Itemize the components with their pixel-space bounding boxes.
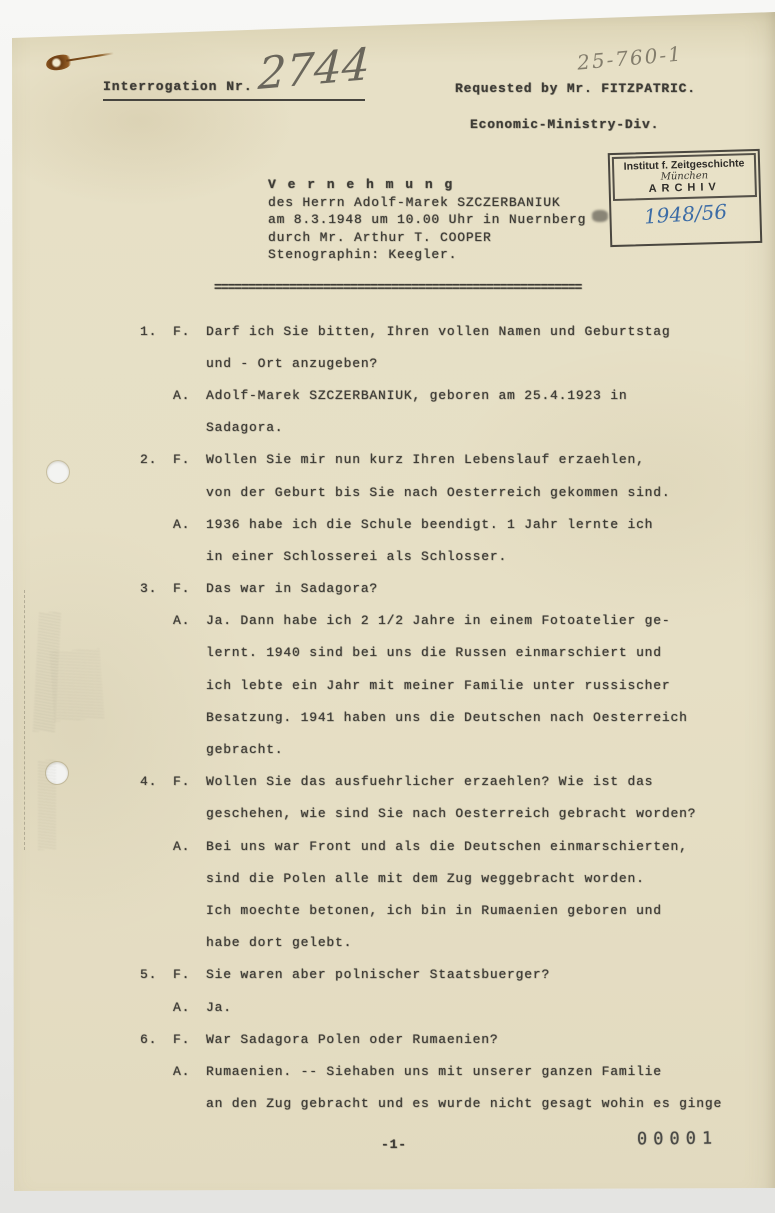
transcript-line: A.Adolf-Marek SZCZERBANIUK, geboren am 2… xyxy=(140,379,760,411)
transcript-text: Ja. Dann habe ich 2 1/2 Jahre in einem F… xyxy=(206,614,760,627)
question-number: 1. xyxy=(140,325,173,338)
rust-stain xyxy=(45,54,72,72)
question-number: 6. xyxy=(140,1033,173,1046)
transcript-text: geschehen, wie sind Sie nach Oesterreich… xyxy=(206,807,760,820)
transcript-text: sind die Polen alle mit dem Zug weggebra… xyxy=(206,872,760,885)
transcript-text: Adolf-Marek SZCZERBANIUK, geboren am 25.… xyxy=(206,389,760,402)
transcript-line: 2.F.Wollen Sie mir nun kurz Ihren Lebens… xyxy=(140,444,760,476)
punch-hole-top xyxy=(47,461,69,483)
question-number: 3. xyxy=(140,582,173,595)
transcript-text: Ich moechte betonen, ich bin in Rumaenie… xyxy=(206,904,760,917)
page-number: -1- xyxy=(381,1138,407,1151)
transcript-text: War Sadagora Polen oder Rumaenien? xyxy=(206,1033,760,1046)
transcript-line: in einer Schlosserei als Schlosser. xyxy=(140,540,760,572)
transcript-text: an den Zug gebracht und es wurde nicht g… xyxy=(206,1097,760,1110)
speaker-marker: F. xyxy=(173,582,206,595)
transcript-line: Besatzung. 1941 haben uns die Deutschen … xyxy=(140,701,760,733)
transcript-text: Wollen Sie das ausfuehrlicher erzaehlen?… xyxy=(206,775,760,788)
scanned-document: 25-760-1 Interrogation Nr. 2744 Requeste… xyxy=(0,0,775,1213)
transcript-line: und - Ort anzugeben? xyxy=(140,347,760,379)
hearing-stenographer: Stenographin: Keegler. xyxy=(268,248,586,261)
requested-by-line: Requested by Mr. FITZPATRIC. xyxy=(455,82,696,95)
transcript-line: A.Bei uns war Front und als die Deutsche… xyxy=(140,830,760,862)
speaker-marker: F. xyxy=(173,453,206,466)
transcript-line: 4.F.Wollen Sie das ausfuehrlicher erzaeh… xyxy=(140,766,760,798)
transcript-text: Bei uns war Front und als die Deutschen … xyxy=(206,840,760,853)
archive-stamp: Institut f. Zeitgeschichte München ARCHI… xyxy=(608,149,763,247)
transcript-line: von der Geburt bis Sie nach Oesterreich … xyxy=(140,476,760,508)
question-number: 5. xyxy=(140,968,173,981)
transcript-text: Das war in Sadagora? xyxy=(206,582,760,595)
rust-stain-line xyxy=(66,52,114,61)
speaker-marker: A. xyxy=(173,1001,206,1014)
transcript-text: Wollen Sie mir nun kurz Ihren Lebenslauf… xyxy=(206,453,760,466)
transcript-text: in einer Schlosserei als Schlosser. xyxy=(206,550,760,563)
transcript-line: 1.F.Darf ich Sie bitten, Ihren vollen Na… xyxy=(140,315,760,347)
speaker-marker: F. xyxy=(173,325,206,338)
transcript-line: ich lebte ein Jahr mit meiner Familie un… xyxy=(140,669,760,701)
transcript-text: gebracht. xyxy=(206,743,760,756)
archive-stamp-box: Institut f. Zeitgeschichte München ARCHI… xyxy=(612,153,757,201)
speaker-marker: A. xyxy=(173,1065,206,1078)
speaker-marker: F. xyxy=(173,968,206,981)
transcript-text: Sadagora. xyxy=(206,421,760,434)
transcript-line: gebracht. xyxy=(140,733,760,765)
transcript-text: 1936 habe ich die Schule beendigt. 1 Jah… xyxy=(206,518,760,531)
transcript-line: geschehen, wie sind Sie nach Oesterreich… xyxy=(140,798,760,830)
hearing-datetime: am 8.3.1948 um 10.00 Uhr in Nuernberg xyxy=(268,213,586,226)
speaker-marker: F. xyxy=(173,1033,206,1046)
paper-sheet: 25-760-1 Interrogation Nr. 2744 Requeste… xyxy=(0,0,775,1213)
speaker-marker: A. xyxy=(173,614,206,627)
transcript-line: A.1936 habe ich die Schule beendigt. 1 J… xyxy=(140,508,760,540)
speaker-marker: A. xyxy=(173,389,206,402)
question-number: 4. xyxy=(140,775,173,788)
transcript-line: lernt. 1940 sind bei uns die Russen einm… xyxy=(140,637,760,669)
transcript-line: A.Ja. Dann habe ich 2 1/2 Jahre in einem… xyxy=(140,605,760,637)
hearing-interrogator: durch Mr. Arthur T. COOPER xyxy=(268,231,586,244)
transcript-text: und - Ort anzugeben? xyxy=(206,357,760,370)
archive-stamp-archiv: ARCHIV xyxy=(615,180,755,196)
transcript-line: habe dort gelebt. xyxy=(140,927,760,959)
division-line: Economic-Ministry-Div. xyxy=(470,118,659,131)
transcript-line: Ich moechte betonen, ich bin in Rumaenie… xyxy=(140,894,760,926)
transcript-text: Besatzung. 1941 haben uns die Deutschen … xyxy=(206,711,760,724)
transcript-text: Ja. xyxy=(206,1001,760,1014)
crease-line xyxy=(24,590,25,850)
pencil-smudge xyxy=(50,648,105,721)
folio-number-stamp: 00001 xyxy=(637,1129,718,1150)
speaker-marker: A. xyxy=(173,840,206,853)
transcript-line: sind die Polen alle mit dem Zug weggebra… xyxy=(140,862,760,894)
transcript-text: Sie waren aber polnischer Staatsbuerger? xyxy=(206,968,760,981)
transcript-text: ich lebte ein Jahr mit meiner Familie un… xyxy=(206,679,760,692)
transcript-line: 6.F.War Sadagora Polen oder Rumaenien? xyxy=(140,1023,760,1055)
speaker-marker: A. xyxy=(173,518,206,531)
transcript-text: habe dort gelebt. xyxy=(206,936,760,949)
speaker-marker: F. xyxy=(173,775,206,788)
dashed-separator: ========================================… xyxy=(214,281,581,294)
transcript-line: an den Zug gebracht und es wurde nicht g… xyxy=(140,1088,760,1120)
transcript-text: von der Geburt bis Sie nach Oesterreich … xyxy=(206,486,760,499)
handwritten-interrogation-number: 2744 xyxy=(257,39,371,100)
pencil-smudge xyxy=(38,760,56,850)
ink-smudge xyxy=(592,210,608,222)
transcript: 1.F.Darf ich Sie bitten, Ihren vollen Na… xyxy=(140,315,760,1120)
transcript-text: lernt. 1940 sind bei uns die Russen einm… xyxy=(206,646,760,659)
handwritten-archive-code: 25-760-1 xyxy=(576,41,684,74)
transcript-line: A.Rumaenien. -- Siehaben uns mit unserer… xyxy=(140,1055,760,1087)
transcript-line: 5.F.Sie waren aber polnischer Staatsbuer… xyxy=(140,959,760,991)
hearing-subject: des Herrn Adolf-Marek SZCZERBANIUK xyxy=(268,196,586,209)
hearing-title-block: V e r n e h m u n g des Herrn Adolf-Mare… xyxy=(268,178,586,266)
transcript-text: Darf ich Sie bitten, Ihren vollen Namen … xyxy=(206,325,760,338)
transcript-line: A.Ja. xyxy=(140,991,760,1023)
transcript-line: 3.F.Das war in Sadagora? xyxy=(140,573,760,605)
question-number: 2. xyxy=(140,453,173,466)
transcript-text: Rumaenien. -- Siehaben uns mit unserer g… xyxy=(206,1065,760,1078)
hearing-title: V e r n e h m u n g xyxy=(268,178,586,191)
transcript-line: Sadagora. xyxy=(140,412,760,444)
